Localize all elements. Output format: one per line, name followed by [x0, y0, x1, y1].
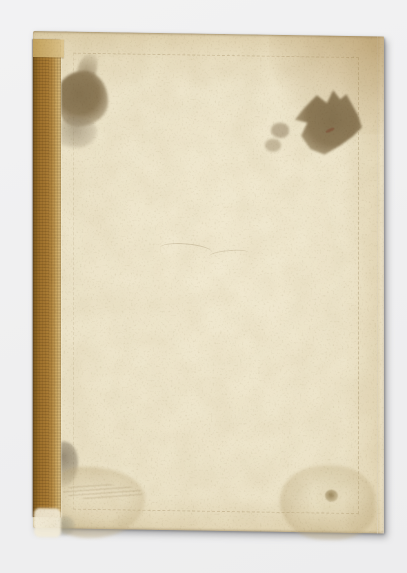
cloth-tape-strip: [33, 39, 61, 517]
tape-top-fragment: [33, 39, 64, 57]
corner-discoloration-top-right: [269, 35, 384, 135]
stain-bottom-left-gray: [53, 515, 75, 535]
photo-backdrop: [0, 0, 407, 573]
paper-verso: [33, 31, 384, 534]
